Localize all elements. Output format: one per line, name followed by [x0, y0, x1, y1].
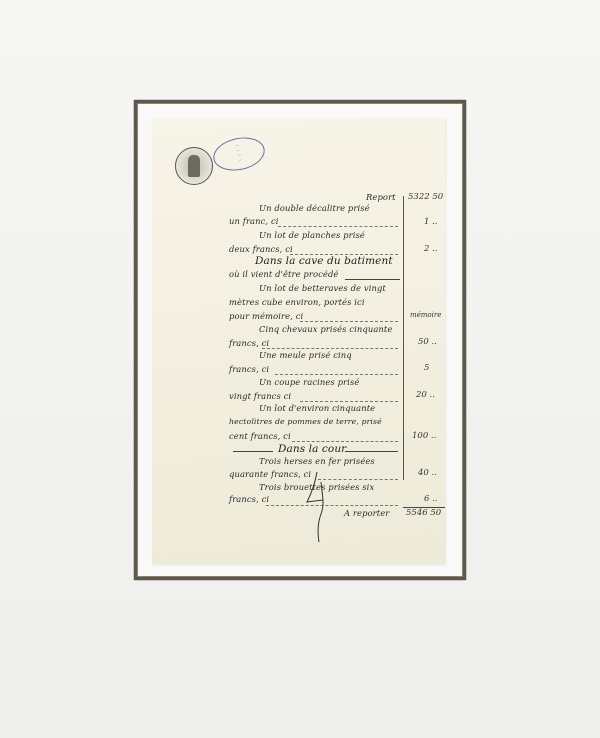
entry-amount: 1 .. [424, 217, 438, 227]
amount-column-divider [403, 196, 404, 480]
entry-amount: mémoire [410, 311, 441, 319]
entry-line: un franc, ci [229, 216, 279, 226]
entry-line: mètres cube environ, portés ici [229, 297, 365, 307]
entry-line: hectolitres de pommes de terre, prisé [229, 417, 382, 426]
entry-amount: 50 .. [418, 337, 437, 347]
leader-line [275, 374, 398, 375]
entry-line: Un coupe racines prisé [259, 377, 359, 387]
entry-line: francs, ci [229, 338, 269, 348]
entry-line: Un lot d'environ cinquante [259, 403, 375, 413]
leader-line [262, 348, 398, 349]
entry-line: cent francs, ci [229, 431, 291, 441]
heading-rule-left [233, 451, 273, 452]
entry-line: deux francs, ci [229, 244, 293, 254]
total-label: A reporter [344, 508, 389, 518]
entry-line: vingt francs ci [229, 391, 291, 401]
heading-underline [345, 279, 400, 280]
entry-line: Cinq chevaux prisés cinquante [259, 324, 392, 334]
entry-amount: 100 .. [412, 431, 436, 441]
section-heading: Dans la cour [278, 443, 346, 455]
carry-forward-amount: 5322 50 [408, 192, 443, 202]
leader-line [300, 321, 398, 322]
entry-line: francs, ci [229, 364, 269, 374]
heading-rule-right [345, 451, 398, 452]
entry-line: Un lot de planches prisé [259, 230, 365, 240]
signature-paraph-icon [303, 470, 333, 550]
entry-line: quarante francs, ci [229, 469, 311, 479]
entry-line: Un lot de betteraves de vingt [259, 283, 386, 293]
entry-line: francs, ci [229, 494, 269, 504]
section-heading: Dans la cave du batiment [255, 255, 393, 267]
entry-amount: 6 .. [424, 494, 438, 504]
entry-line: Trois herses en fer prisées [259, 456, 375, 466]
entry-line: Un double décalitre prisé [259, 203, 370, 213]
entry-line: Une meule prisé cinq [259, 350, 352, 360]
leader-line [300, 401, 398, 402]
entry-amount: 2 .. [424, 244, 438, 254]
section-heading-line: où il vient d'être procédé [229, 269, 338, 279]
seal-figure [188, 155, 200, 177]
entry-amount: 40 .. [418, 468, 437, 478]
marianne-seal-icon [175, 147, 213, 185]
leader-line [292, 441, 398, 442]
entry-line: pour mémoire, ci [229, 311, 303, 321]
leader-line [278, 226, 398, 227]
total-amount: 5546 50 [406, 508, 441, 518]
entry-amount: 5 [424, 363, 429, 373]
entry-amount: 20 .. [416, 390, 435, 400]
carry-forward-label: Report [366, 192, 396, 202]
